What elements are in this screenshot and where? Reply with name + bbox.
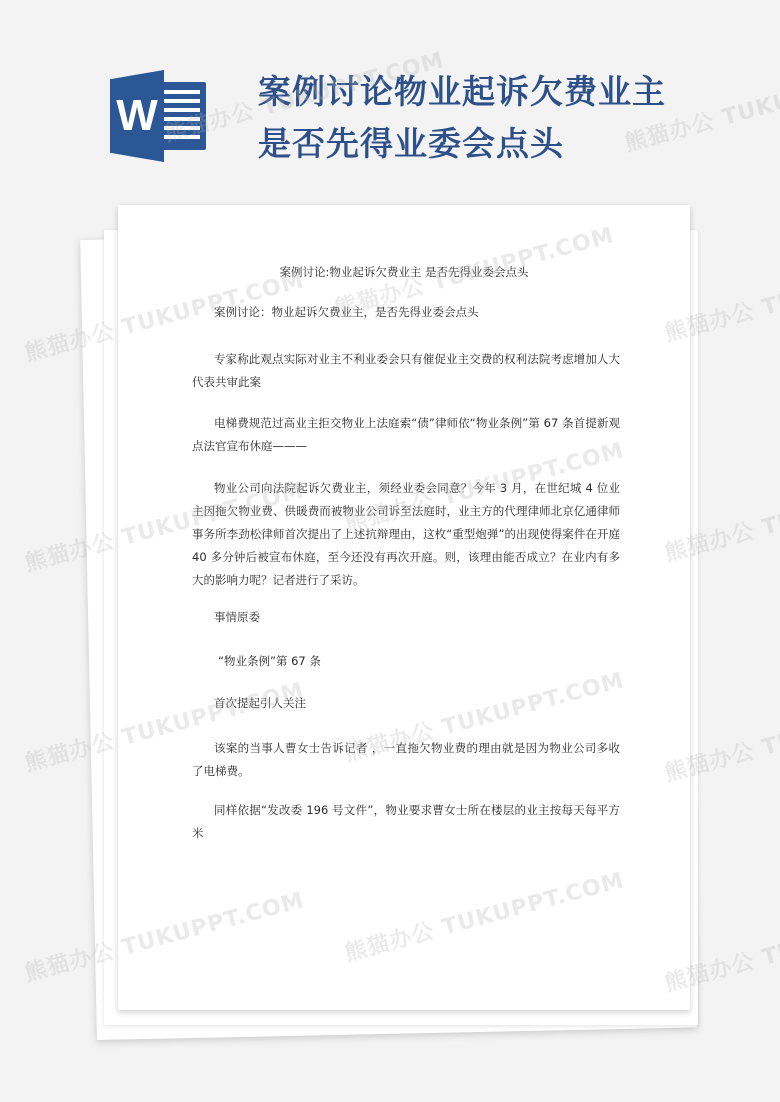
paragraph: 该案的当事人曹女士告诉记者 ，一直拖欠物业费的理由就是因为物业公司多收了电梯费。 (192, 737, 620, 783)
paragraph: 电梯费规范过高业主拒交物业上法庭索“债”律师依“物业条例”第 67 条首提新观点… (192, 412, 620, 458)
paragraph: 案例讨论：物业起诉欠费业主，是否先得业委会点头 (192, 301, 620, 324)
paragraph: 物业公司向法院起诉欠费业主，须经业委会同意？今年 3 月，在世纪城 4 位业主因… (192, 477, 620, 592)
document-heading: 案例讨论:物业起诉欠费业主 是否先得业委会点头 (118, 261, 690, 284)
word-document-icon: W (108, 68, 208, 164)
header: W 案例讨论物业起诉欠费业主是否先得业委会点头 (0, 0, 780, 200)
paragraph: 专家称此观点实际对业主不利业委会只有催促业主交费的权利法院考虑增加人大代表共审此… (192, 348, 620, 394)
paragraph: 首次提起引人关注 (192, 692, 620, 715)
paragraph: “物业条例”第 67 条 (192, 650, 620, 673)
document-page: 案例讨论:物业起诉欠费业主 是否先得业委会点头 案例讨论：物业起诉欠费业主，是否… (118, 205, 690, 1010)
word-icon-letter: W (114, 92, 160, 140)
paragraph: 事情原委 (192, 606, 620, 629)
paragraph: 同样依据“发改委 196 号文件”，物业要求曹女士所在楼层的业主按每天每平方米 (192, 799, 620, 845)
page-title: 案例讨论物业起诉欠费业主是否先得业委会点头 (258, 66, 698, 170)
